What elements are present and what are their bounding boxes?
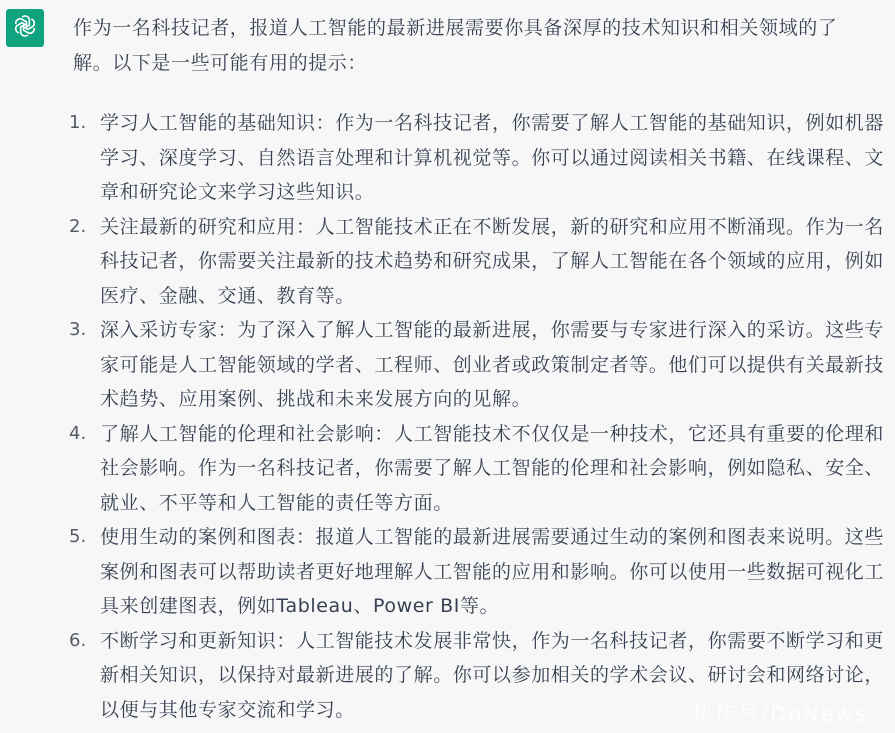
list-item: 4. 了解人工智能的伦理和社会影响：人工智能技术不仅仅是一种技术，它还具有重要的… [73,417,888,521]
list-item-text: 了解人工智能的伦理和社会影响：人工智能技术不仅仅是一种技术，它还具有重要的伦理和… [100,417,885,521]
openai-logo-icon [12,13,38,43]
assistant-message: 作为一名科技记者，报道人工智能的最新进展需要你具备深厚的技术知识和相关领域的了解… [0,0,895,733]
message-content: 作为一名科技记者，报道人工智能的最新进展需要你具备深厚的技术知识和相关领域的了解… [73,11,888,727]
list-number: 3. [69,313,86,348]
assistant-avatar [6,9,44,47]
list-item: 2. 关注最新的研究和应用：人工智能技术正在不断发展，新的研究和应用不断涌现。作… [73,210,888,314]
list-number: 1. [69,106,86,141]
list-number: 4. [69,417,86,452]
list-item-text: 深入采访专家：为了深入了解人工智能的最新进展，你需要与专家进行深入的采访。这些专… [100,313,885,417]
list-item-text: 学习人工智能的基础知识：作为一名科技记者，你需要了解人工智能的基础知识，例如机器… [100,106,885,210]
list-number: 5. [69,520,86,555]
list-number: 6. [69,624,86,659]
list-item-text: 使用生动的案例和图表：报道人工智能的最新进展需要通过生动的案例和图表来说明。这些… [100,520,885,624]
intro-paragraph: 作为一名科技记者，报道人工智能的最新进展需要你具备深厚的技术知识和相关领域的了解… [73,11,868,80]
list-number: 2. [69,210,86,245]
list-item-text: 关注最新的研究和应用：人工智能技术正在不断发展，新的研究和应用不断涌现。作为一名… [100,210,885,314]
list-item: 3. 深入采访专家：为了深入了解人工智能的最新进展，你需要与专家进行深入的采访。… [73,313,888,417]
list-item: 1. 学习人工智能的基础知识：作为一名科技记者，你需要了解人工智能的基础知识，例… [73,106,888,210]
tips-list: 1. 学习人工智能的基础知识：作为一名科技记者，你需要了解人工智能的基础知识，例… [73,106,888,727]
watermark: 快传号/DoNews [692,698,868,728]
list-item: 5. 使用生动的案例和图表：报道人工智能的最新进展需要通过生动的案例和图表来说明… [73,520,888,624]
